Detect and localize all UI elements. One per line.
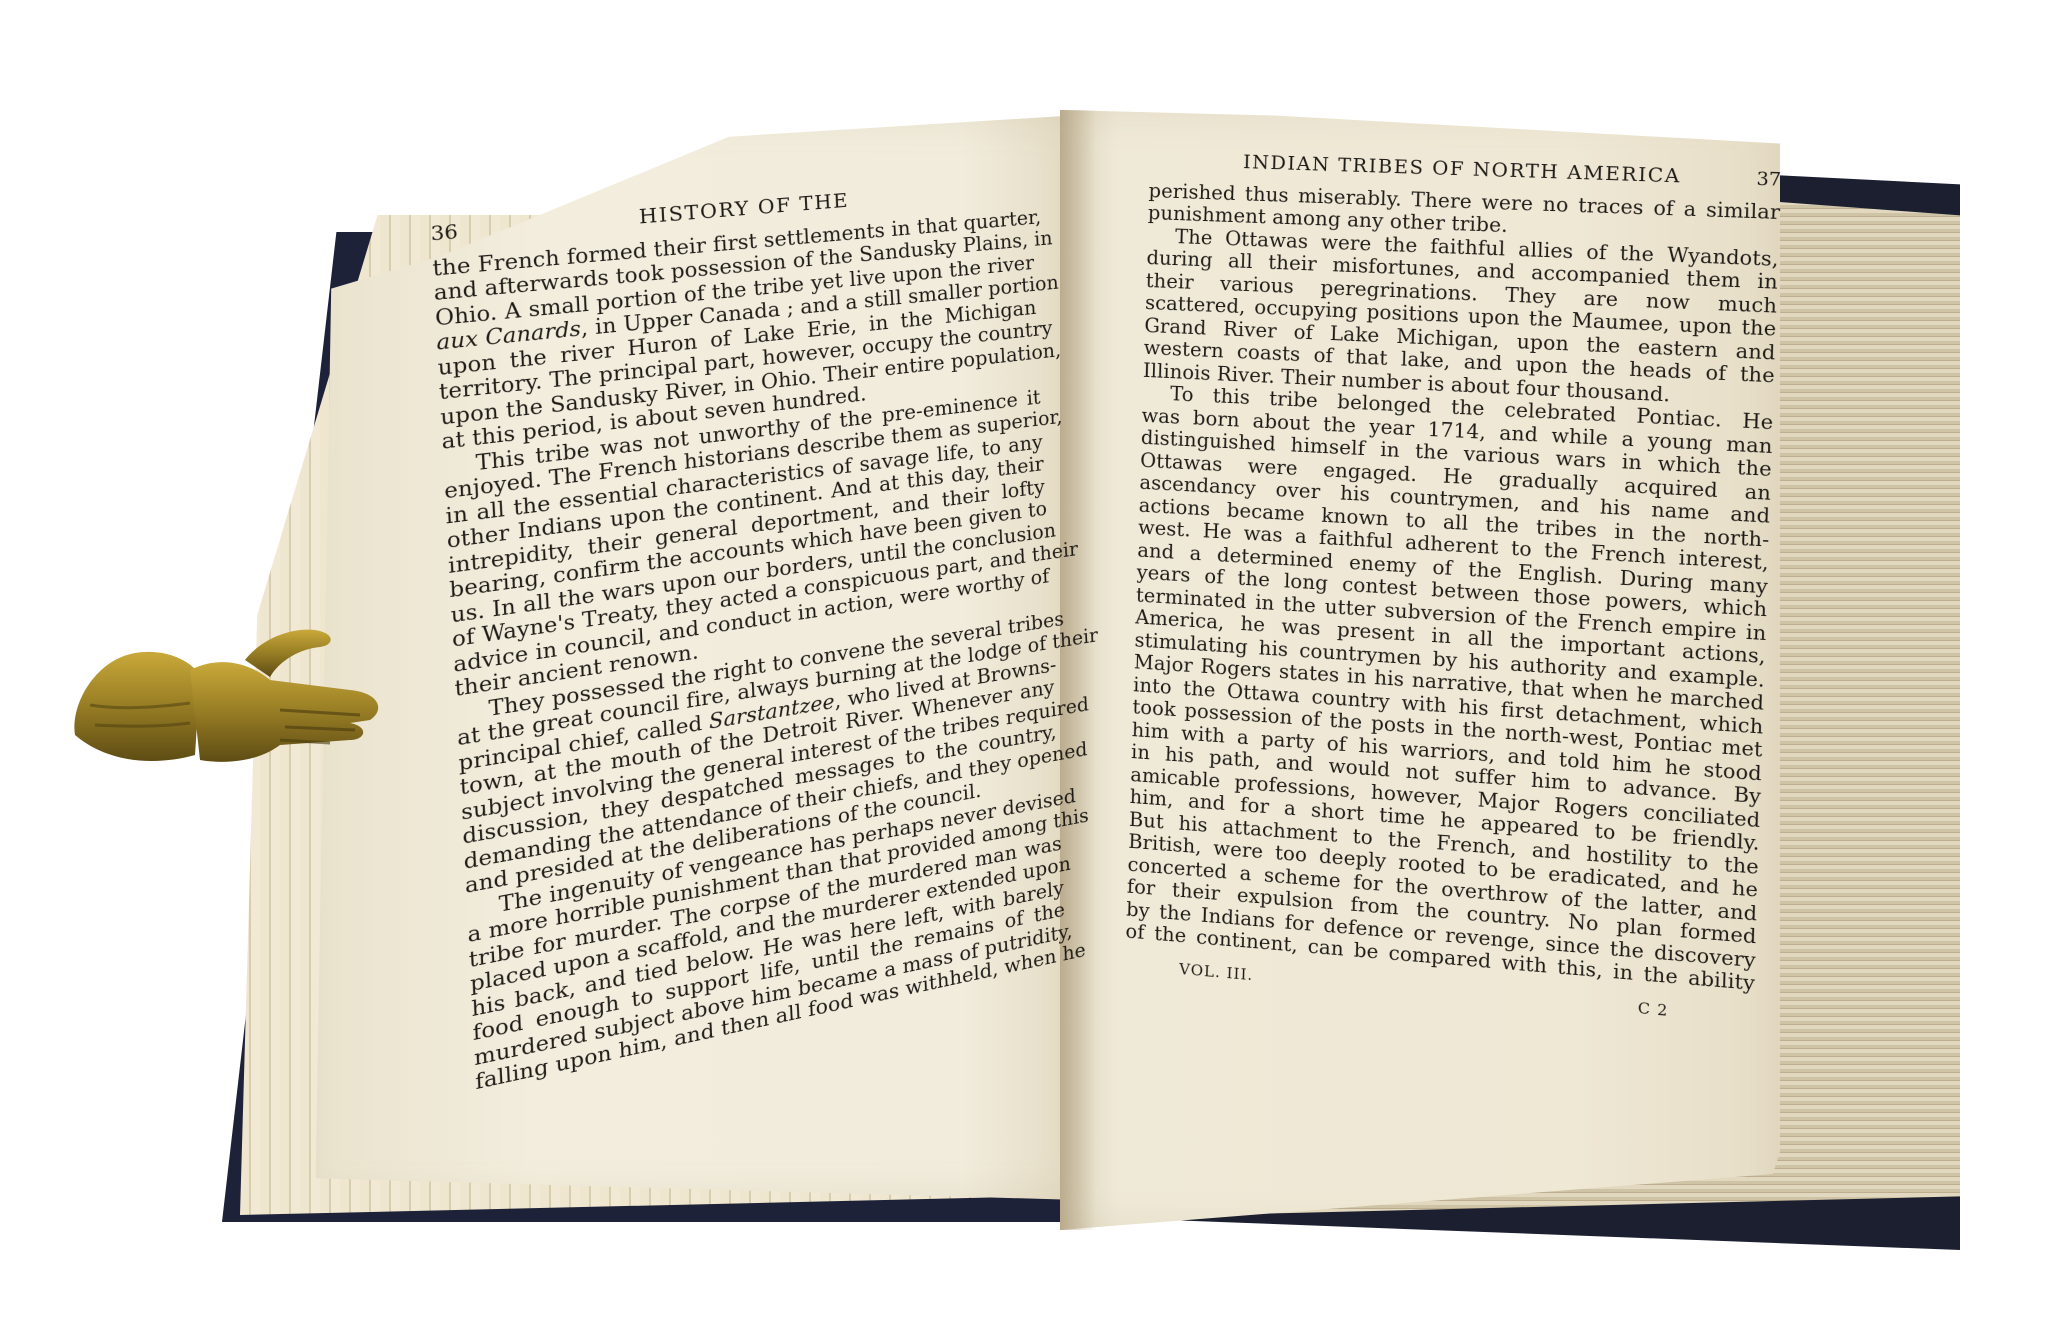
left-page-body: the French formed their first settlement… bbox=[432, 206, 1068, 1095]
right-page-body: perished thus miserably. There were no t… bbox=[1125, 179, 1780, 995]
right-page-text: 00 INDIAN TRIBES OF NORTH AMERICA 37 per… bbox=[1124, 148, 1781, 1029]
book-gutter bbox=[1060, 110, 1096, 1230]
open-book-scene: 36 HISTORY OF THE 00 the French formed t… bbox=[0, 0, 2048, 1321]
page-number-right: 37 bbox=[1756, 168, 1781, 192]
page-number-left: 36 bbox=[430, 220, 458, 247]
left-page-text: 36 HISTORY OF THE 00 the French formed t… bbox=[430, 175, 1067, 1095]
brass-hand-bookmark-icon[interactable] bbox=[50, 615, 400, 780]
signature-mark: C 2 bbox=[1637, 996, 1668, 1022]
